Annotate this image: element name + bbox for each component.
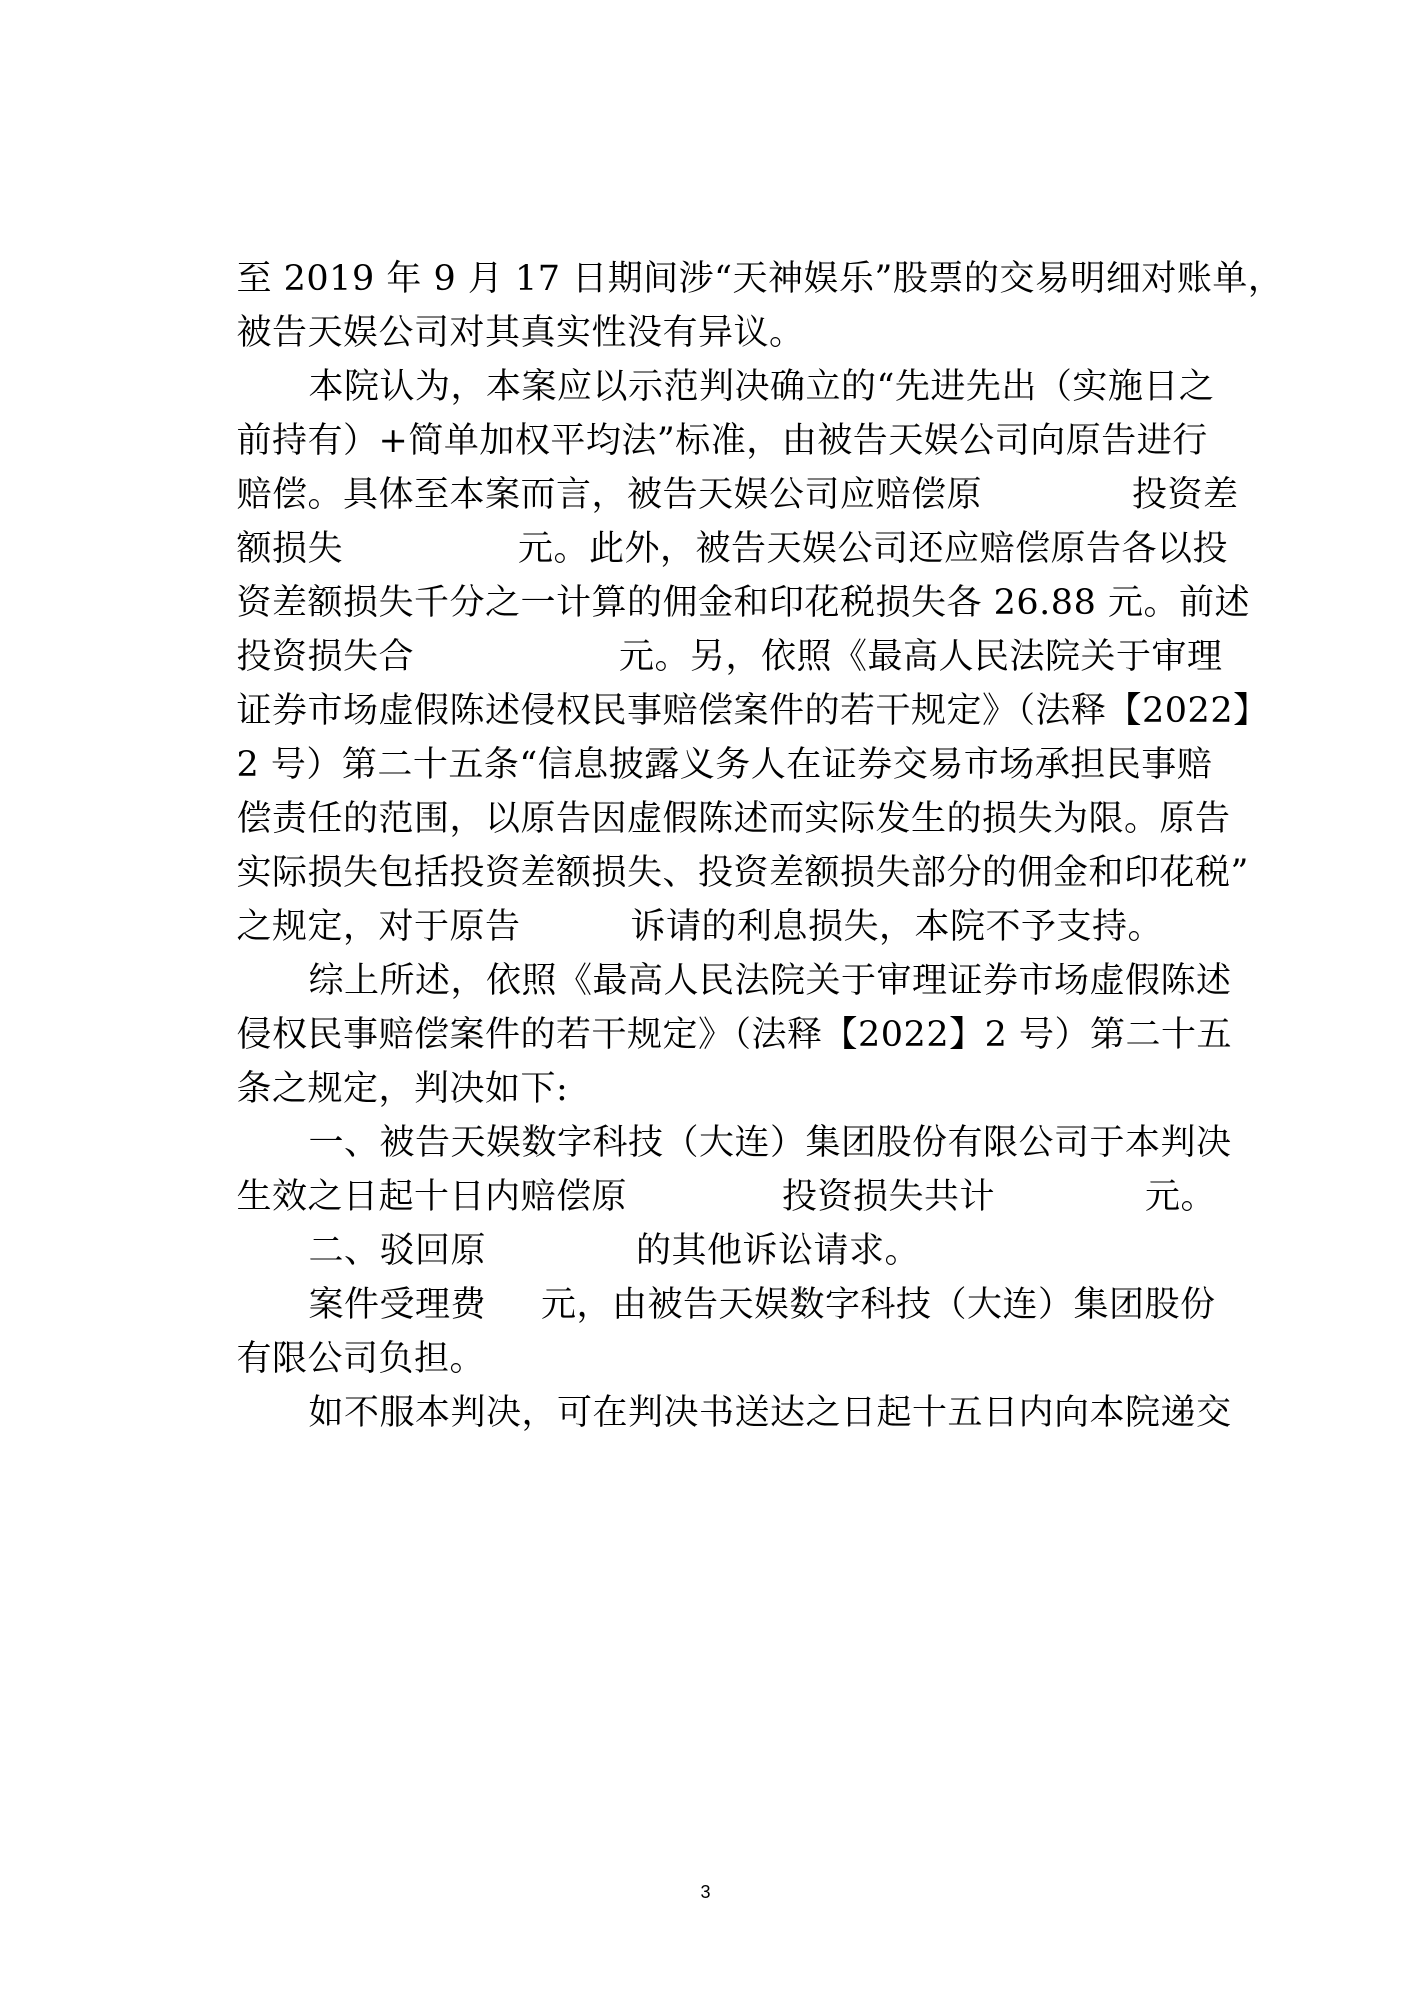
text-line: 生效之日起十日内赔偿原投资损失共计元。 bbox=[190, 1122, 1240, 1172]
paragraph-start-line: 案件受理费元，由被告天娱数字科技（大连）集团股份 bbox=[262, 1230, 1240, 1280]
document-page: 至 2019 年 9 月 17 日期间涉“天神娱乐”股票的交易明细对账单， 被告… bbox=[0, 0, 1411, 1995]
text-line: 条之规定，判决如下: bbox=[190, 1014, 1240, 1064]
text-line: 投资损失合元。另，依照《最高人民法院关于审理 bbox=[190, 582, 1240, 632]
text-line: 至 2019 年 9 月 17 日期间涉“天神娱乐”股票的交易明细对账单， bbox=[190, 204, 1240, 254]
paragraph-start-line: 如不服本判决，可在判决书送达之日起十五日内向本院递交 bbox=[262, 1338, 1240, 1388]
text-line: 资差额损失千分之一计算的佣金和印花税损失各 26.88 元。前述 bbox=[190, 528, 1240, 578]
text-line: 侵权民事赔偿案件的若干规定》（法释【2022】2 号）第二十五 bbox=[190, 960, 1240, 1010]
text-line: 2 号）第二十五条“信息披露义务人在证券交易市场承担民事赔 bbox=[190, 690, 1240, 740]
text-line: 之规定，对于原告诉请的利息损失，本院不予支持。 bbox=[190, 852, 1240, 902]
text-line: 实际损失包括投资差额损失、投资差额损失部分的佣金和印花税” bbox=[190, 798, 1240, 848]
text-line: 额损失元。此外，被告天娱公司还应赔偿原告各以投 bbox=[190, 474, 1240, 524]
text-line: 偿责任的范围，以原告因虚假陈述而实际发生的损失为限。原告 bbox=[190, 744, 1240, 794]
text-line: 赔偿。具体至本案而言，被告天娱公司应赔偿原投资差 bbox=[190, 420, 1240, 470]
text-line: 前持有）+简单加权平均法”标准，由被告天娱公司向原告进行 bbox=[190, 366, 1240, 416]
paragraph-start-line: 本院认为，本案应以示范判决确立的“先进先出（实施日之 bbox=[262, 312, 1240, 362]
paragraph-start-line: 综上所述，依照《最高人民法院关于审理证券市场虚假陈述 bbox=[262, 906, 1240, 956]
text-line: 证券市场虚假陈述侵权民事赔偿案件的若干规定》（法释【2022】 bbox=[190, 636, 1240, 686]
judgment-item-1: 一、被告天娱数字科技（大连）集团股份有限公司于本判决 bbox=[262, 1068, 1240, 1118]
text-line: 有限公司负担。 bbox=[190, 1284, 1240, 1334]
page-number: 3 bbox=[0, 1882, 1411, 1903]
judgment-item-2: 二、驳回原的其他诉讼请求。 bbox=[262, 1176, 1240, 1226]
line-text: 如不服本判决，可在判决书送达之日起十五日内向本院递交 bbox=[309, 1393, 1232, 1433]
text-line: 被告天娱公司对其真实性没有异议。 bbox=[190, 258, 1240, 308]
